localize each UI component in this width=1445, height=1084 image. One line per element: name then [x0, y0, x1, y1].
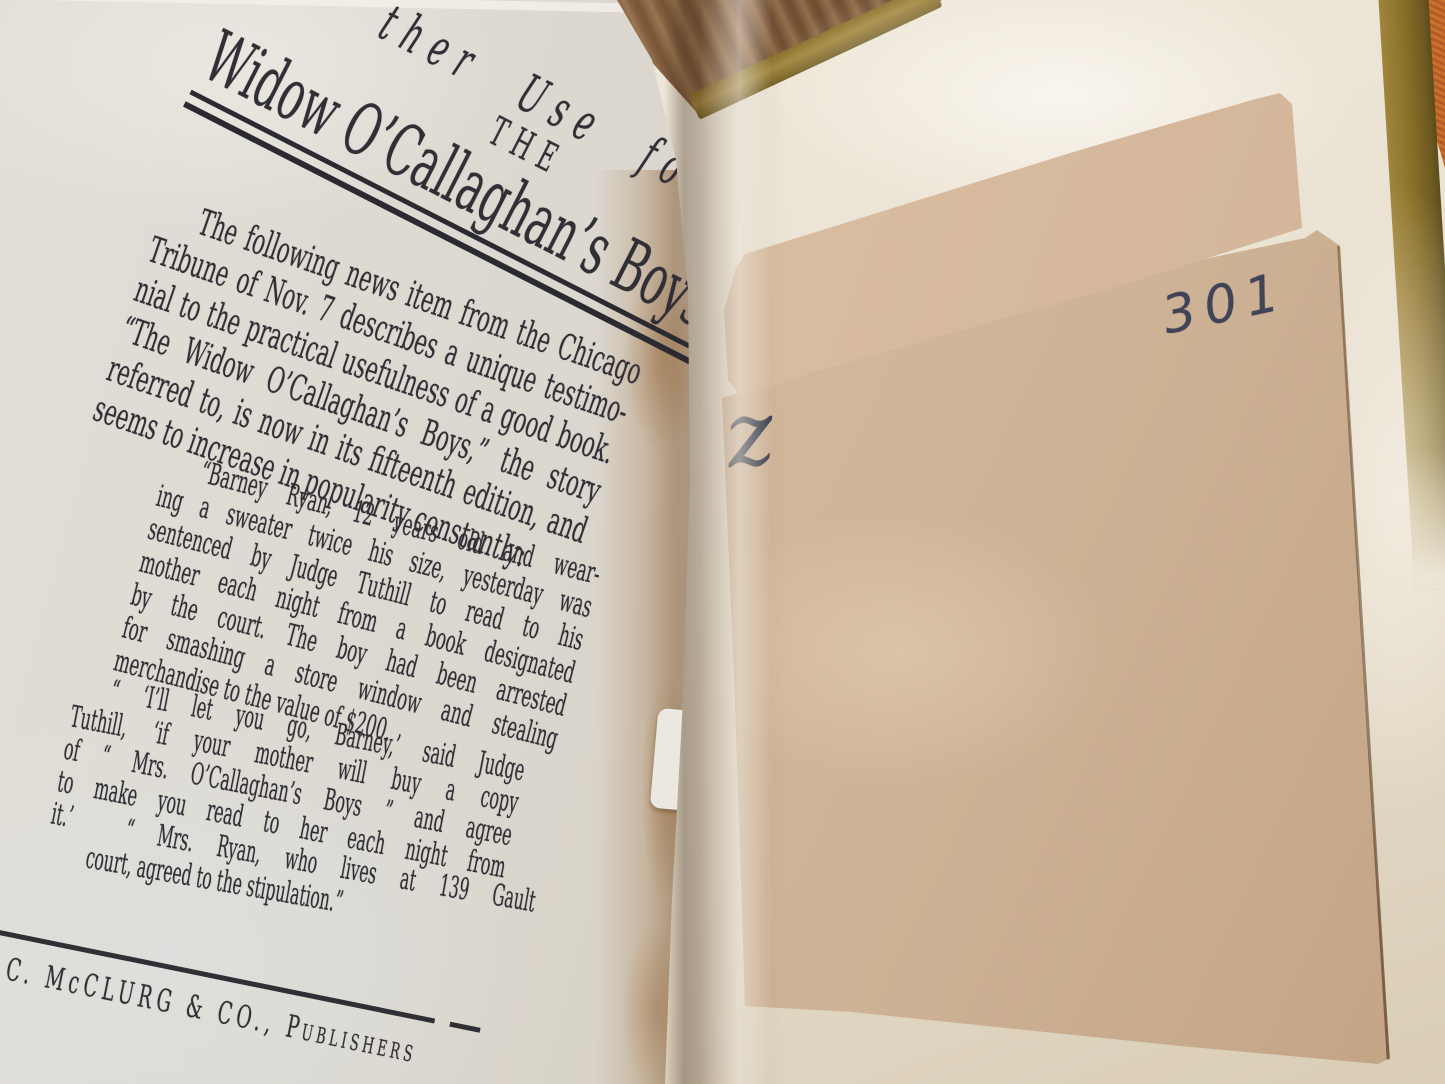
page-fold-highlight	[700, 0, 772, 1084]
publisher-role: Publishers	[283, 1009, 420, 1071]
book-photo: 301 z ther Use for THE Widow O’Callaghan…	[0, 0, 1445, 1084]
publisher-block: A. C. McCLURG & CO., Publishers	[0, 925, 481, 1082]
